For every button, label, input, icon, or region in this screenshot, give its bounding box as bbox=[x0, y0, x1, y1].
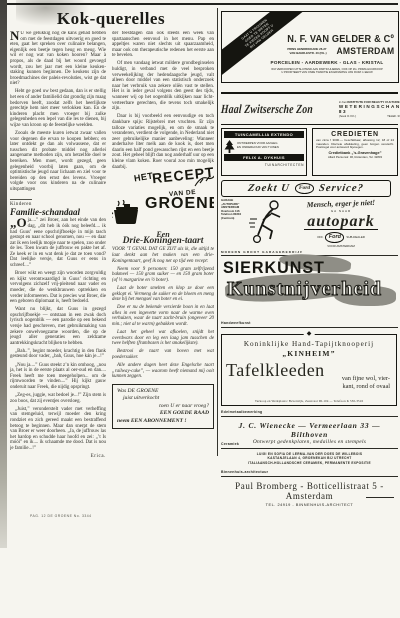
article-paragraph: „Juist,” veronderstelt vader met verheff… bbox=[10, 407, 106, 452]
city-name: AMSTERDAM bbox=[336, 46, 394, 57]
section-label-binnenhuis: Binnenhuis-architectuur bbox=[221, 470, 268, 474]
page-title: Kok-querelles bbox=[8, 9, 214, 29]
article-paragraph: „Bah..”, begint moeder, krachtig in den … bbox=[10, 349, 106, 360]
address-lines: PRINS HENDRIKKADE 26-27 VAN BAERLESTR. 4… bbox=[287, 48, 326, 55]
ad-tuinarchitecten: TUINCAMELLIA EXTENDO ONTWERPEN VOOR AANL… bbox=[221, 128, 307, 176]
cooking-pot-icon bbox=[112, 200, 142, 224]
ad-bar: TUINCAMELLIA EXTENDO bbox=[224, 131, 304, 138]
top-rule bbox=[7, 3, 398, 5]
ad-banner: Zoekt U Ford Service? bbox=[221, 180, 391, 197]
ad-kinheim: ◆ Koninklijke Hand-Tapijtknooperij „KINH… bbox=[221, 334, 397, 406]
ad-headline: CREDIETEN bbox=[316, 131, 394, 138]
ford-logo: Ford bbox=[325, 232, 344, 243]
recipe-paragraph: Bestrooi de taart van boven met wat poed… bbox=[112, 349, 214, 360]
recipe-title: Drie-Koningen-taart bbox=[112, 239, 214, 245]
recipe-paragraph: Alle andere dagen heet deze Engelsche ta… bbox=[112, 363, 214, 380]
section-title-line2: Kunstnijverheid bbox=[227, 278, 382, 301]
ad-autopark: Zoekt U Ford Service? GARAGE „AUTOPARK” … bbox=[221, 180, 398, 254]
section-label-handweefkunst: Handweefkunst bbox=[221, 321, 251, 325]
ad-credieten: CREDIETEN van circa f 3000.— beschikbaar… bbox=[312, 128, 398, 176]
article-paragraph: „Oja....” zei Broer, aan het einde van d… bbox=[10, 218, 106, 268]
ad-lerma: LUIGI EN SOFIA DE LERMA-VAN DER DOES DE … bbox=[221, 452, 398, 465]
article-column-2: der feestdagen dan ook steeds een week v… bbox=[112, 31, 214, 611]
ford-logo: Ford bbox=[295, 183, 314, 194]
author-signature: Erica. bbox=[10, 454, 106, 460]
ornament-icon: ◆ bbox=[304, 331, 315, 337]
recipe-paragraph: VOOR ’T GEVAL DAT GE ZIJT als ik, die al… bbox=[112, 247, 214, 264]
section-rule bbox=[221, 476, 398, 477]
recipe-paragraph: Laat het geheel wat afkoelen, snijdt het… bbox=[112, 330, 214, 347]
hurrying-man-illustration bbox=[248, 199, 290, 243]
profession-label: TUINARCHITECTEN bbox=[224, 163, 304, 167]
article-paragraph: Zooals de meeste kuren ietwat zwaar vall… bbox=[10, 131, 106, 193]
ad-bromberg: Paul Bromberg - Botticellistraat 5 - Ams… bbox=[221, 481, 398, 507]
sierkunst-section-header: SIERKUNST Kunstnijverheid bbox=[221, 258, 398, 318]
recipe-paragraph: Doe er nu de bekende versierde boon in e… bbox=[112, 305, 214, 327]
section-rule bbox=[221, 448, 398, 449]
advertiser-name: N. F. VAN GELDER & Cº bbox=[287, 34, 394, 45]
scan-edge-artifact bbox=[0, 0, 7, 548]
ad-bar: FELIX A. DYKHUIS bbox=[224, 154, 304, 161]
section-label-edelmetaal: Edelmetaalbewerking bbox=[221, 410, 263, 414]
short-rule bbox=[366, 497, 394, 498]
promo-line: neem EEN ABONNEMENT ! bbox=[117, 418, 209, 426]
column-divider bbox=[217, 8, 218, 456]
logo-word: RECEPT bbox=[152, 170, 214, 182]
promo-line: toen U er naar vroeg? bbox=[117, 403, 209, 411]
section-rule bbox=[221, 327, 398, 328]
promo-line: juist uitverkocht bbox=[117, 395, 209, 403]
ad-van-gelder: GAAT U TROUWEN GOED TE WETEN TE KIEZEN K… bbox=[221, 11, 399, 83]
article-paragraph: Want nu blijkt, dat Guus in gezegd opsch… bbox=[10, 307, 106, 346]
bank-address: Allard Piersonstr. 96, Rotterdam, Tel. 3… bbox=[316, 155, 394, 159]
article-subhead: Familie-schandaal bbox=[10, 210, 106, 216]
section-rule bbox=[221, 416, 398, 417]
drop-cap: „O bbox=[10, 218, 27, 228]
ad-headline: Haal Zwitsersche Zon bbox=[221, 102, 314, 117]
ad-wienecke: J. C. Wienecke — Vermeerlaan 33 — Biltho… bbox=[221, 421, 398, 445]
product-list: PORCELEIN - AARDEWERK - GLAS - KRISTAL bbox=[260, 60, 394, 65]
article-paragraph: „Nou ja....” Guus steekt z’n kin omhoog,… bbox=[10, 363, 106, 391]
magazine-page: Kok-querelles NU we gelukkig nog de kans… bbox=[0, 0, 400, 618]
article-paragraph: Of men vandaag ietwat mildere grondbegin… bbox=[112, 61, 214, 111]
garage-tagline: MODERN GROOT GARAGEBEDRIJF bbox=[221, 250, 303, 254]
article-paragraph: Broer wikt en weegt zijn woorden zorgvul… bbox=[10, 271, 106, 305]
address-row: PRINS HENDRIKKADE 26-27 VAN BAERLESTR. 4… bbox=[287, 46, 394, 57]
article-paragraph: NU we gelukkig nog de kans gehad hebben … bbox=[10, 31, 106, 87]
recipe-paragraph: Neem voor 9 personen: 150 gram zelfrijze… bbox=[112, 267, 214, 284]
recipe-body: VOOR ’T GEVAL DAT GE ZIJT als ik, die al… bbox=[112, 247, 214, 379]
ad-footer: Verkoop en Werkplaats: Beverwijk, Zeestr… bbox=[222, 399, 396, 403]
recept-logo: HET RECEPT VAN DE GROENE bbox=[112, 174, 214, 230]
promo-line: EEN GOEDE RAAD bbox=[117, 410, 209, 418]
article-column-1: NU we gelukkig nog de kans gehad hebben … bbox=[10, 31, 106, 517]
ad-body: van circa f 3000.— beschikbaar, aflossin… bbox=[316, 139, 394, 150]
ad-beauty-institute: Haal Zwitsersche Zon in het INSTITUTE FO… bbox=[221, 92, 398, 125]
advertiser-name: autopark bbox=[304, 214, 378, 230]
page-footer: PAG. 12 DE GROENE No. 3344 bbox=[30, 514, 92, 518]
promo-line: Was DE GROENE bbox=[117, 388, 209, 396]
section-label-ceramiek: Ceramiek bbox=[221, 442, 239, 446]
recipe-paragraph: Laat de boter smelten en klop ze door ee… bbox=[112, 286, 214, 303]
article-paragraph: Hebt ge goed uw best gedaan, dan is er s… bbox=[10, 89, 106, 128]
article-paragraph: „Zeg-es, juggie, wat bedoel je...!” Zijn… bbox=[10, 393, 106, 404]
ad-slogan: Mensch, erger je niet! bbox=[290, 197, 392, 210]
logo-word: GROENE bbox=[145, 201, 214, 207]
tree-icon bbox=[224, 140, 235, 153]
article-paragraph: der feestdagen dan ook steeds een week v… bbox=[112, 31, 214, 59]
article-paragraph: Daar is bij voorbeeld een eenvoudige en … bbox=[112, 114, 214, 170]
subscription-promo-box: Was DE GROENE juist uitverkocht toen U e… bbox=[112, 384, 214, 430]
fine-print: WIJ VERKOOPEN UITSLUITEND AAN PARTICULIE… bbox=[260, 68, 394, 75]
section-title-line1: SIERKUNST bbox=[223, 258, 325, 278]
garage-address: GARAGE „AUTOPARK” AMSTERDAM Overtoom 116… bbox=[221, 199, 248, 221]
ad-details: in het INSTITUTE FOR BEAUTY CULTURE WETE… bbox=[339, 100, 400, 118]
drop-cap: N bbox=[10, 31, 19, 41]
